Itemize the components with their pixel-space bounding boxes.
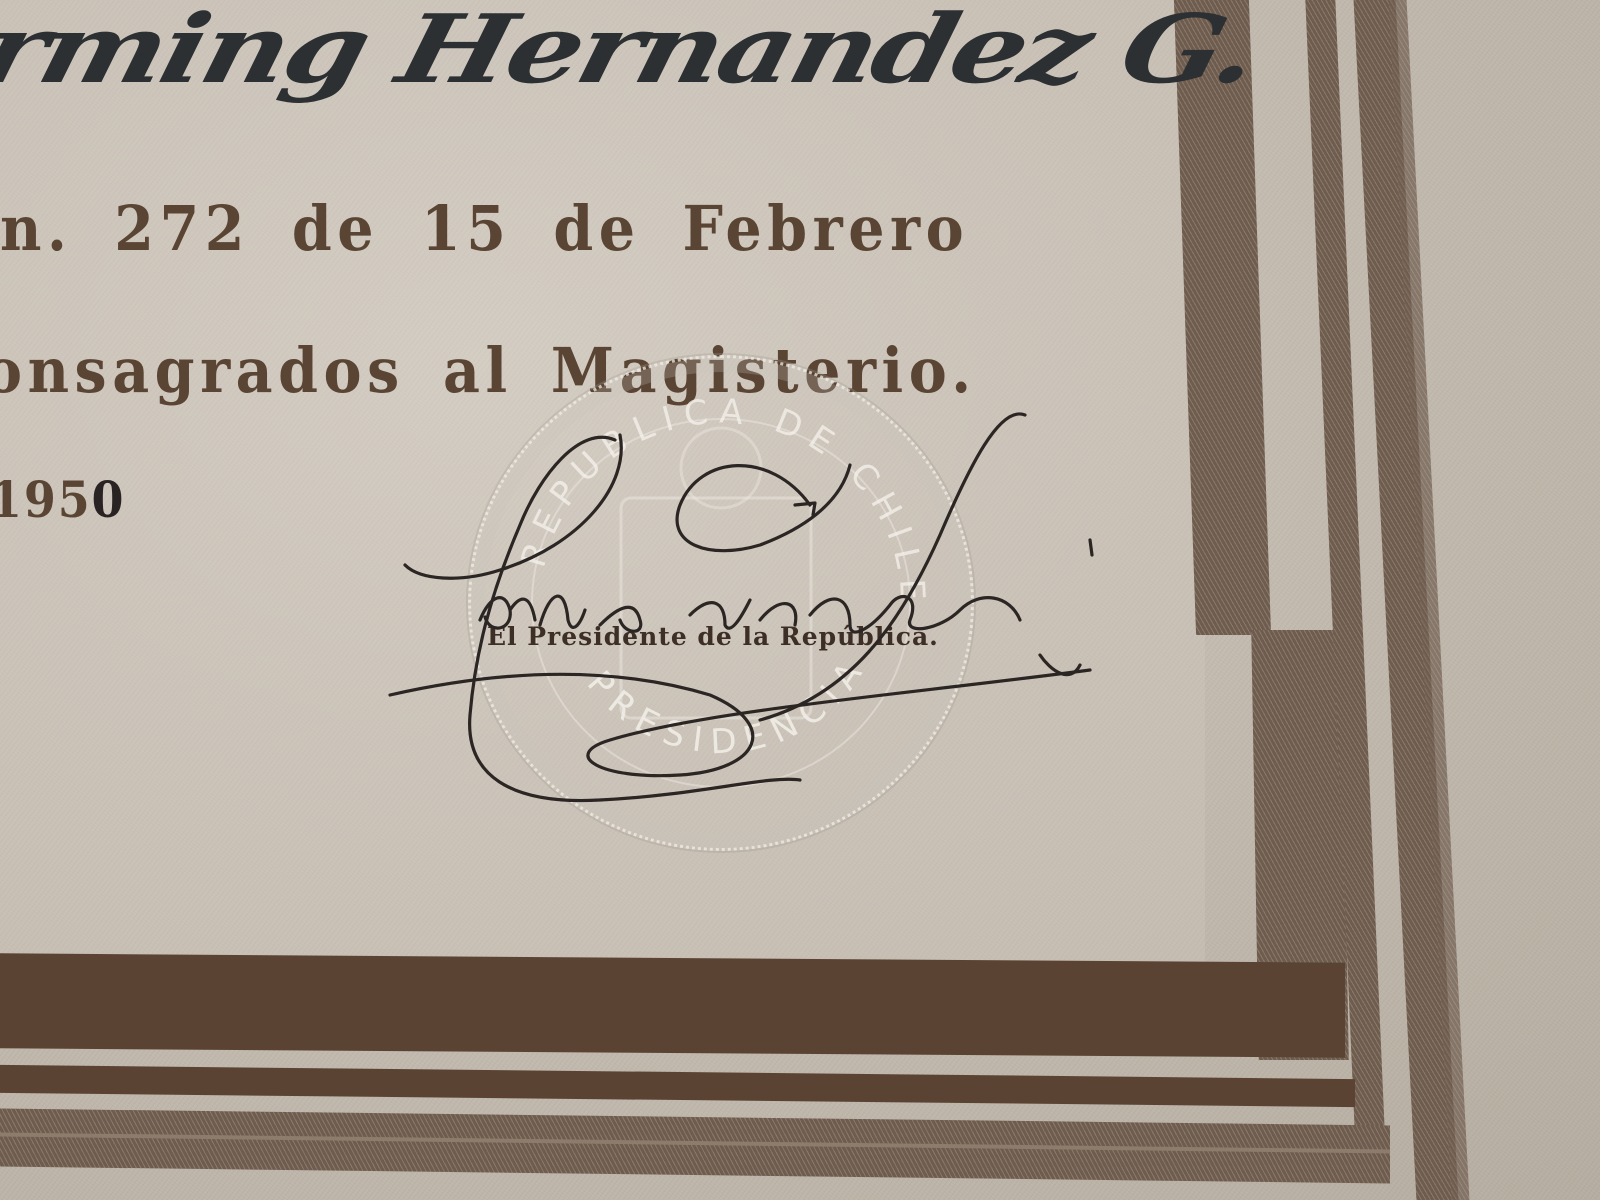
frame-border-bottom-thick — [0, 953, 1345, 1057]
recipient-name: rming Hernandez G. — [0, 2, 1265, 96]
certificate-year: 1950 — [0, 470, 125, 529]
year-last-digit: 0 — [92, 470, 126, 529]
decree-reference: n. 272 de 15 de Febrero — [0, 192, 969, 265]
year-prefix: 195 — [0, 470, 92, 529]
signature-icon — [380, 395, 1120, 825]
